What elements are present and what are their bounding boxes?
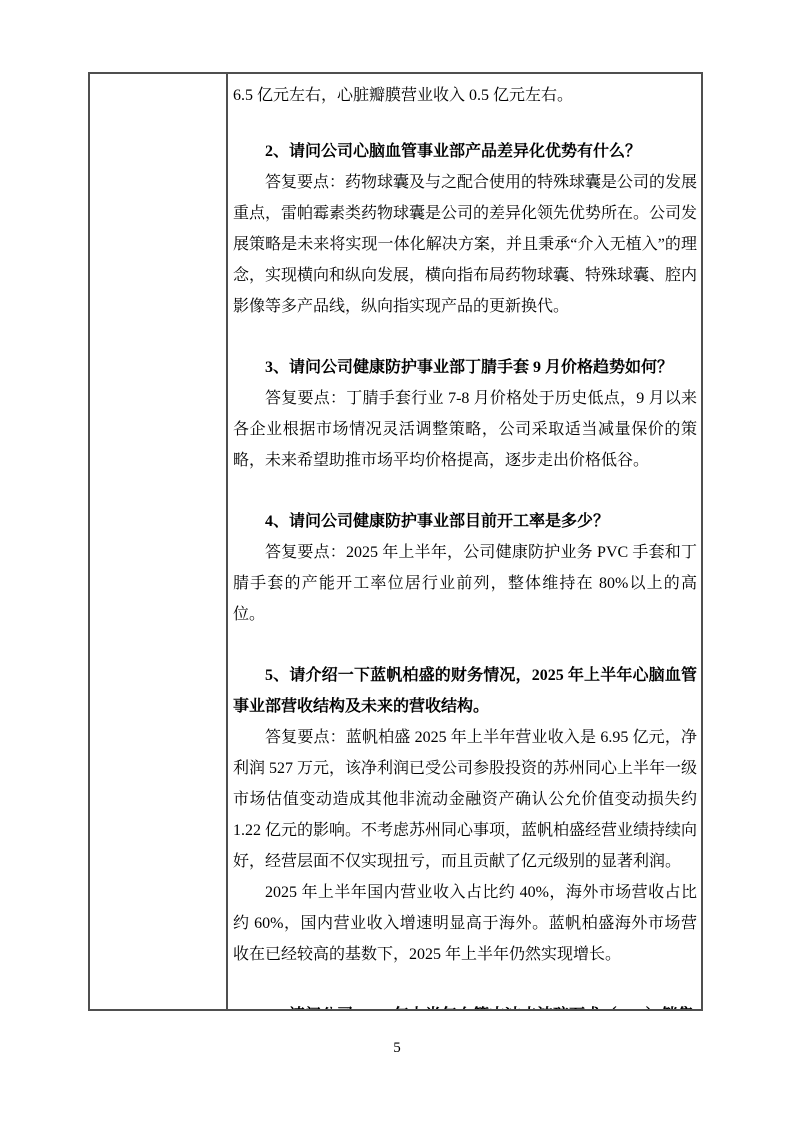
answer-5-paragraph-2: 2025 年上半年国内营业收入占比约 40%，海外市场营收占比约 60%，国内营… — [233, 877, 697, 970]
qa-table: 6.5 亿元左右，心脏瓣膜营业收入 0.5 亿元左右。 2、请问公司心脑血管事业… — [88, 72, 703, 1011]
table-right-cell: 6.5 亿元左右，心脏瓣膜营业收入 0.5 亿元左右。 2、请问公司心脑血管事业… — [228, 74, 701, 1009]
answer-4-text: 答复要点：2025 年上半年，公司健康防护业务 PVC 手套和丁腈手套的产能开工… — [233, 537, 697, 630]
answer-5-paragraph-1: 答复要点：蓝帆柏盛 2025 年上半年营业收入是 6.95 亿元，净利润 527… — [233, 722, 697, 877]
question-5-heading: 5、请介绍一下蓝帆柏盛的财务情况，2025 年上半年心脑血管事业部营收结构及未来… — [233, 660, 697, 722]
qa-block-3: 3、请问公司健康防护事业部丁腈手套 9 月价格趋势如何？ 答复要点：丁腈手套行业… — [233, 352, 697, 476]
page-number: 5 — [0, 1038, 794, 1058]
answer-2-text: 答复要点：药物球囊及与之配合使用的特殊球囊是公司的发展重点，雷帕霉素类药物球囊是… — [233, 167, 697, 322]
table-empty-left-cell — [90, 74, 228, 1009]
qa-block-5: 5、请介绍一下蓝帆柏盛的财务情况，2025 年上半年心脑血管事业部营收结构及未来… — [233, 660, 697, 970]
question-3-heading: 3、请问公司健康防护事业部丁腈手套 9 月价格趋势如何？ — [233, 352, 697, 383]
question-6-heading: 6、请问公司 2025 年上半年血管内冲击波碎石术（IVL）销售 — [233, 1000, 697, 1009]
document-page: 6.5 亿元左右，心脏瓣膜营业收入 0.5 亿元左右。 2、请问公司心脑血管事业… — [0, 0, 794, 1123]
qa-block-2: 2、请问公司心脑血管事业部产品差异化优势有什么？ 答复要点：药物球囊及与之配合使… — [233, 136, 697, 322]
answer-3-text: 答复要点：丁腈手套行业 7-8 月价格处于历史低点，9 月以来各企业根据市场情况… — [233, 383, 697, 476]
answer-continuation-text: 6.5 亿元左右，心脏瓣膜营业收入 0.5 亿元左右。 — [233, 80, 697, 111]
question-4-heading: 4、请问公司健康防护事业部目前开工率是多少？ — [233, 506, 697, 537]
qa-block-6: 6、请问公司 2025 年上半年血管内冲击波碎石术（IVL）销售 — [233, 1000, 697, 1009]
qa-block-4: 4、请问公司健康防护事业部目前开工率是多少？ 答复要点：2025 年上半年，公司… — [233, 506, 697, 630]
question-2-heading: 2、请问公司心脑血管事业部产品差异化优势有什么？ — [233, 136, 697, 167]
